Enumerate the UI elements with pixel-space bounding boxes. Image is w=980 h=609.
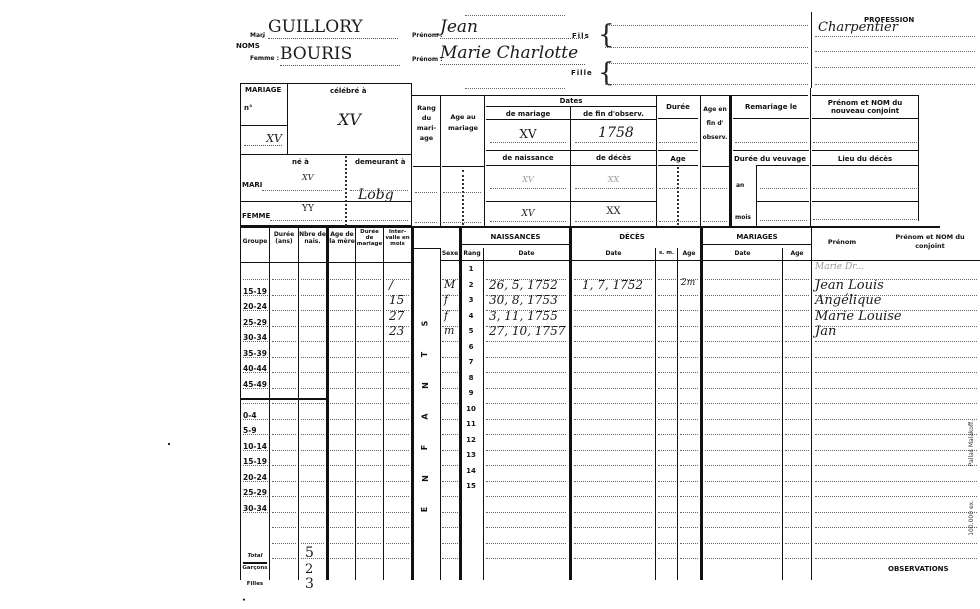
garcons-value[interactable]: 2 <box>305 562 313 577</box>
femme-label: Femme : <box>250 55 279 62</box>
lieu-deces-label: Lieu du décès <box>812 155 918 163</box>
intervalle-header: Inter- valle en mois <box>384 229 411 247</box>
intervalle-cell[interactable]: 23 <box>389 324 404 338</box>
ne-a-label: né à <box>292 158 309 166</box>
sexe-cell[interactable]: f <box>444 293 448 306</box>
dates-label: Dates <box>486 97 656 105</box>
total-value[interactable]: 5 <box>305 545 314 561</box>
sm-header: s. m. <box>656 250 677 256</box>
groupe-cell: 35-39 <box>243 349 267 358</box>
sexe-cell[interactable]: m <box>444 324 454 337</box>
mari-prenom-label: Prénom <box>412 32 438 39</box>
filles-label: Filles <box>241 581 269 587</box>
child-prenom-cell[interactable]: Marie Louise <box>815 309 902 324</box>
duree-veuvage-label: Durée du veuvage <box>734 155 806 163</box>
celebre-field[interactable]: XV <box>338 110 361 129</box>
printer-text: Pallas Malakoff. <box>968 420 975 466</box>
enfants-letter: N <box>421 382 430 389</box>
enfants-letter: F <box>420 445 429 450</box>
intervalle-cell[interactable]: / <box>389 278 393 292</box>
duree-label: Durée <box>657 103 699 111</box>
sexe-header: Sexe <box>441 250 459 257</box>
date-mariage-field[interactable]: XV <box>486 127 570 141</box>
profession-field[interactable]: Charpentier <box>818 20 898 35</box>
mari-ne-field[interactable]: XV <box>302 173 313 182</box>
age-fin-observ-label: Age en fin d' observ. <box>701 103 729 145</box>
femme-ne-field[interactable]: YY <box>302 204 314 214</box>
age-mariage-label: Age au mariage <box>442 112 484 134</box>
de-deces-label: de décès <box>571 154 656 162</box>
deces-age-cell[interactable]: 2m <box>681 278 695 288</box>
groupe-cell: 20-24 <box>243 473 267 482</box>
mariage-label: MARIAGE <box>245 86 281 94</box>
garcons-label: Garçons <box>241 565 269 571</box>
groupe-cell: 20-24 <box>243 302 267 311</box>
femme-row-label: FEMME <box>242 212 270 220</box>
rang-cell: 9 <box>462 389 480 397</box>
date-fin-observ-field[interactable]: 1758 <box>580 125 652 141</box>
rang-cell: 14 <box>462 467 480 475</box>
de-mariage-label: de mariage <box>486 110 570 118</box>
groupe-cell: 5-9 <box>243 426 257 435</box>
groupe-cell: 25-29 <box>243 488 267 497</box>
naissance-date-header: Date <box>484 250 569 257</box>
rang-mariage-label: Rang du mari- age <box>413 103 440 143</box>
age-label: Age <box>657 155 699 163</box>
mari-deces-field[interactable]: XX <box>571 175 656 184</box>
nbre-nais-header: Nbre de nais. <box>299 231 326 245</box>
groupe-cell: 30-34 <box>243 333 267 342</box>
scan-speck <box>168 443 170 445</box>
nouveau-conjoint-label: Prénom et NOM du nouveau conjoint <box>812 99 918 115</box>
mois-label: mois <box>735 214 751 221</box>
intervalle-cell[interactable]: 15 <box>389 293 404 307</box>
groupe-cell: 30-34 <box>243 504 267 513</box>
mariages-header: MARIAGES <box>703 233 811 241</box>
groupe-cell: 25-29 <box>243 318 267 327</box>
rang-cell: 8 <box>462 374 480 382</box>
rang-header: Rang <box>461 250 483 257</box>
rang-cell: 2 <box>462 281 480 289</box>
demeurant-field[interactable]: Lobg <box>358 187 394 203</box>
rang-cell: 3 <box>462 296 480 304</box>
femme-deces-field[interactable]: XX <box>571 206 656 217</box>
numero-label: n° <box>244 104 252 112</box>
conjoint-header: Prénom et NOM du conjoint <box>880 233 980 251</box>
mari-nom-field[interactable]: GUILLORY <box>268 17 398 39</box>
child-prenom-cell[interactable]: Marie Dr... <box>815 262 864 272</box>
fille-field[interactable] <box>605 84 808 85</box>
rang-cell: 13 <box>462 451 480 459</box>
deces-date-cell[interactable]: 1, 7, 1752 <box>582 278 643 292</box>
groupe-header: Groupe <box>241 238 269 245</box>
print-run-text: 100.000 ex. <box>968 500 975 536</box>
deces-date-header: Date <box>572 250 655 257</box>
duree-ans-header: Durée (ans) <box>270 231 298 245</box>
rang-cell: 5 <box>462 327 480 335</box>
naissance-date-cell[interactable]: 26, 5, 1752 <box>489 278 558 292</box>
enfants-letter: S <box>420 321 429 327</box>
child-prenom-cell[interactable]: Jan <box>815 324 836 339</box>
femme-prenom-field[interactable]: Marie Charlotte <box>440 43 585 65</box>
groupe-cell: 0-4 <box>243 411 257 420</box>
celebre-label: célébré à <box>330 87 366 95</box>
enfants-letter: N <box>421 475 430 482</box>
filles-value[interactable]: 3 <box>305 576 314 592</box>
sexe-cell[interactable]: M <box>444 278 455 291</box>
mariage-numero-field[interactable]: XV <box>244 132 282 146</box>
rang-cell: 15 <box>462 482 480 490</box>
femme-nom-field[interactable]: BOURIS <box>280 44 400 66</box>
child-prenom-cell[interactable]: Angélique <box>815 293 881 308</box>
observations-label: OBSERVATIONS <box>888 565 949 573</box>
deces-age-header: Age <box>678 250 700 257</box>
naissance-date-cell[interactable]: 30, 8, 1753 <box>489 293 558 307</box>
intervalle-cell[interactable]: 27 <box>389 309 404 323</box>
groupe-cell: 15-19 <box>243 287 267 296</box>
age-mere-header: Age de la mère <box>329 231 355 245</box>
total-label: Total <box>241 553 269 559</box>
sexe-cell[interactable]: f <box>444 309 448 322</box>
prenom-header: Prénom <box>812 238 872 246</box>
enfants-letter: E <box>420 507 429 512</box>
duree-mariage-header: Durée de mariage <box>356 229 383 247</box>
an-label: an <box>736 182 744 189</box>
rang-cell: 11 <box>462 420 480 428</box>
rang-cell: 1 <box>462 265 480 273</box>
femme-naissance-field[interactable]: XV <box>486 209 570 219</box>
de-naissance-label: de naissance <box>486 154 570 162</box>
deces-header: DÉCÈS <box>572 233 692 241</box>
groupe-cell: 10-14 <box>243 442 267 451</box>
mari-naissance-field[interactable]: XV <box>486 175 570 184</box>
mariages-date-header: Date <box>703 250 782 257</box>
demeurant-label: demeurant à <box>355 158 405 166</box>
remariage-label: Remariage le <box>733 103 809 111</box>
fils-field[interactable] <box>605 47 808 48</box>
rang-cell: 7 <box>462 358 480 366</box>
naissance-date-cell[interactable]: 3, 11, 1755 <box>489 309 558 323</box>
mariages-age-header: Age <box>783 250 811 257</box>
naissances-header: NAISSANCES <box>462 233 569 241</box>
femme-prenom-label: Prénom <box>412 56 438 63</box>
fille-label: Fille <box>571 69 593 77</box>
child-prenom-cell[interactable]: Jean Louis <box>815 278 884 293</box>
groupe-cell: 15-19 <box>243 457 267 466</box>
noms-label: NOMS <box>236 42 260 50</box>
mari-prenom-field[interactable]: Jean <box>440 17 585 39</box>
rang-cell: 4 <box>462 312 480 320</box>
enfants-letter: T <box>420 352 429 357</box>
rang-cell: 6 <box>462 343 480 351</box>
mari-row-label: MARI <box>242 181 262 189</box>
enfants-letter: A <box>421 413 430 419</box>
fils-label: Fils <box>572 32 590 40</box>
naissance-date-cell[interactable]: 27, 10, 1757 <box>489 324 565 338</box>
groupe-cell: 40-44 <box>243 364 267 373</box>
de-fin-observ-label: de fin d'observ. <box>571 110 656 118</box>
rang-cell: 10 <box>462 405 480 413</box>
groupe-cell: 45-49 <box>243 380 267 389</box>
rang-cell: 12 <box>462 436 480 444</box>
